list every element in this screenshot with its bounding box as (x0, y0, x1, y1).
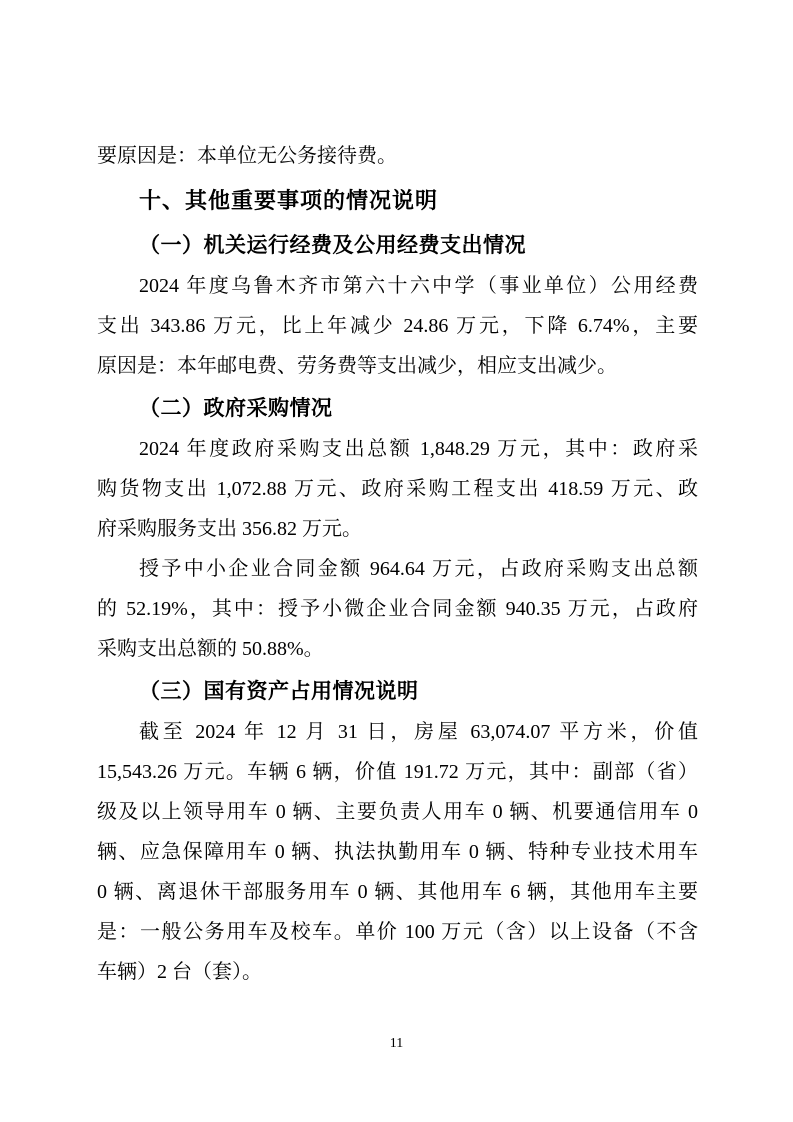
text-line: 2024 年度乌鲁木齐市第六十六中学（事业单位）公用经费 (97, 266, 698, 306)
text-line: 0 辆、离退休干部服务用车 0 辆、其他用车 6 辆，其他用车主要 (97, 872, 698, 912)
document-page: 要原因是：本单位无公务接待费。十、其他重要事项的情况说明（一）机关运行经费及公用… (0, 0, 793, 1122)
page-number: 11 (0, 1036, 793, 1052)
text-line: 车辆）2 台（套）。 (97, 952, 698, 992)
text-line: 要原因是：本单位无公务接待费。 (97, 136, 698, 176)
text-line: 的 52.19%，其中：授予小微企业合同金额 940.35 万元，占政府 (97, 589, 698, 629)
text-line: 2024 年度政府采购支出总额 1,848.29 万元，其中：政府采 (97, 429, 698, 469)
text-line: 级及以上领导用车 0 辆、主要负责人用车 0 辆、机要通信用车 0 (97, 792, 698, 832)
paragraph: 2024 年度政府采购支出总额 1,848.29 万元，其中：政府采购货物支出 … (97, 429, 698, 549)
text-line: 截至 2024 年 12 月 31 日，房屋 63,074.07 平方米，价值 (97, 712, 698, 752)
subsection-heading: （二）政府采购情况 (97, 387, 698, 429)
text-line: 府采购服务支出 356.82 万元。 (97, 509, 698, 549)
paragraph: 2024 年度乌鲁木齐市第六十六中学（事业单位）公用经费支出 343.86 万元… (97, 266, 698, 386)
text-line: 购货物支出 1,072.88 万元、政府采购工程支出 418.59 万元、政 (97, 469, 698, 509)
paragraph: 截至 2024 年 12 月 31 日，房屋 63,074.07 平方米，价值1… (97, 712, 698, 992)
subsection-heading: （一）机关运行经费及公用经费支出情况 (97, 224, 698, 266)
text-line: 原因是：本年邮电费、劳务费等支出减少，相应支出减少。 (97, 346, 698, 386)
text-line: 采购支出总额的 50.88%。 (97, 629, 698, 669)
paragraph: 授予中小企业合同金额 964.64 万元，占政府采购支出总额的 52.19%，其… (97, 549, 698, 669)
text-line: 支出 343.86 万元，比上年减少 24.86 万元，下降 6.74%，主要 (97, 306, 698, 346)
paragraph: 要原因是：本单位无公务接待费。 (97, 136, 698, 176)
text-line: 授予中小企业合同金额 964.64 万元，占政府采购支出总额 (97, 549, 698, 589)
text-line: 是：一般公务用车及校车。单价 100 万元（含）以上设备（不含 (97, 912, 698, 952)
subsection-heading: （三）国有资产占用情况说明 (97, 670, 698, 712)
text-line: 15,543.26 万元。车辆 6 辆，价值 191.72 万元，其中：副部（省… (97, 752, 698, 792)
text-line: 辆、应急保障用车 0 辆、执法执勤用车 0 辆、特种专业技术用车 (97, 832, 698, 872)
document-content: 要原因是：本单位无公务接待费。十、其他重要事项的情况说明（一）机关运行经费及公用… (97, 136, 698, 992)
section-heading: 十、其他重要事项的情况说明 (97, 179, 698, 223)
